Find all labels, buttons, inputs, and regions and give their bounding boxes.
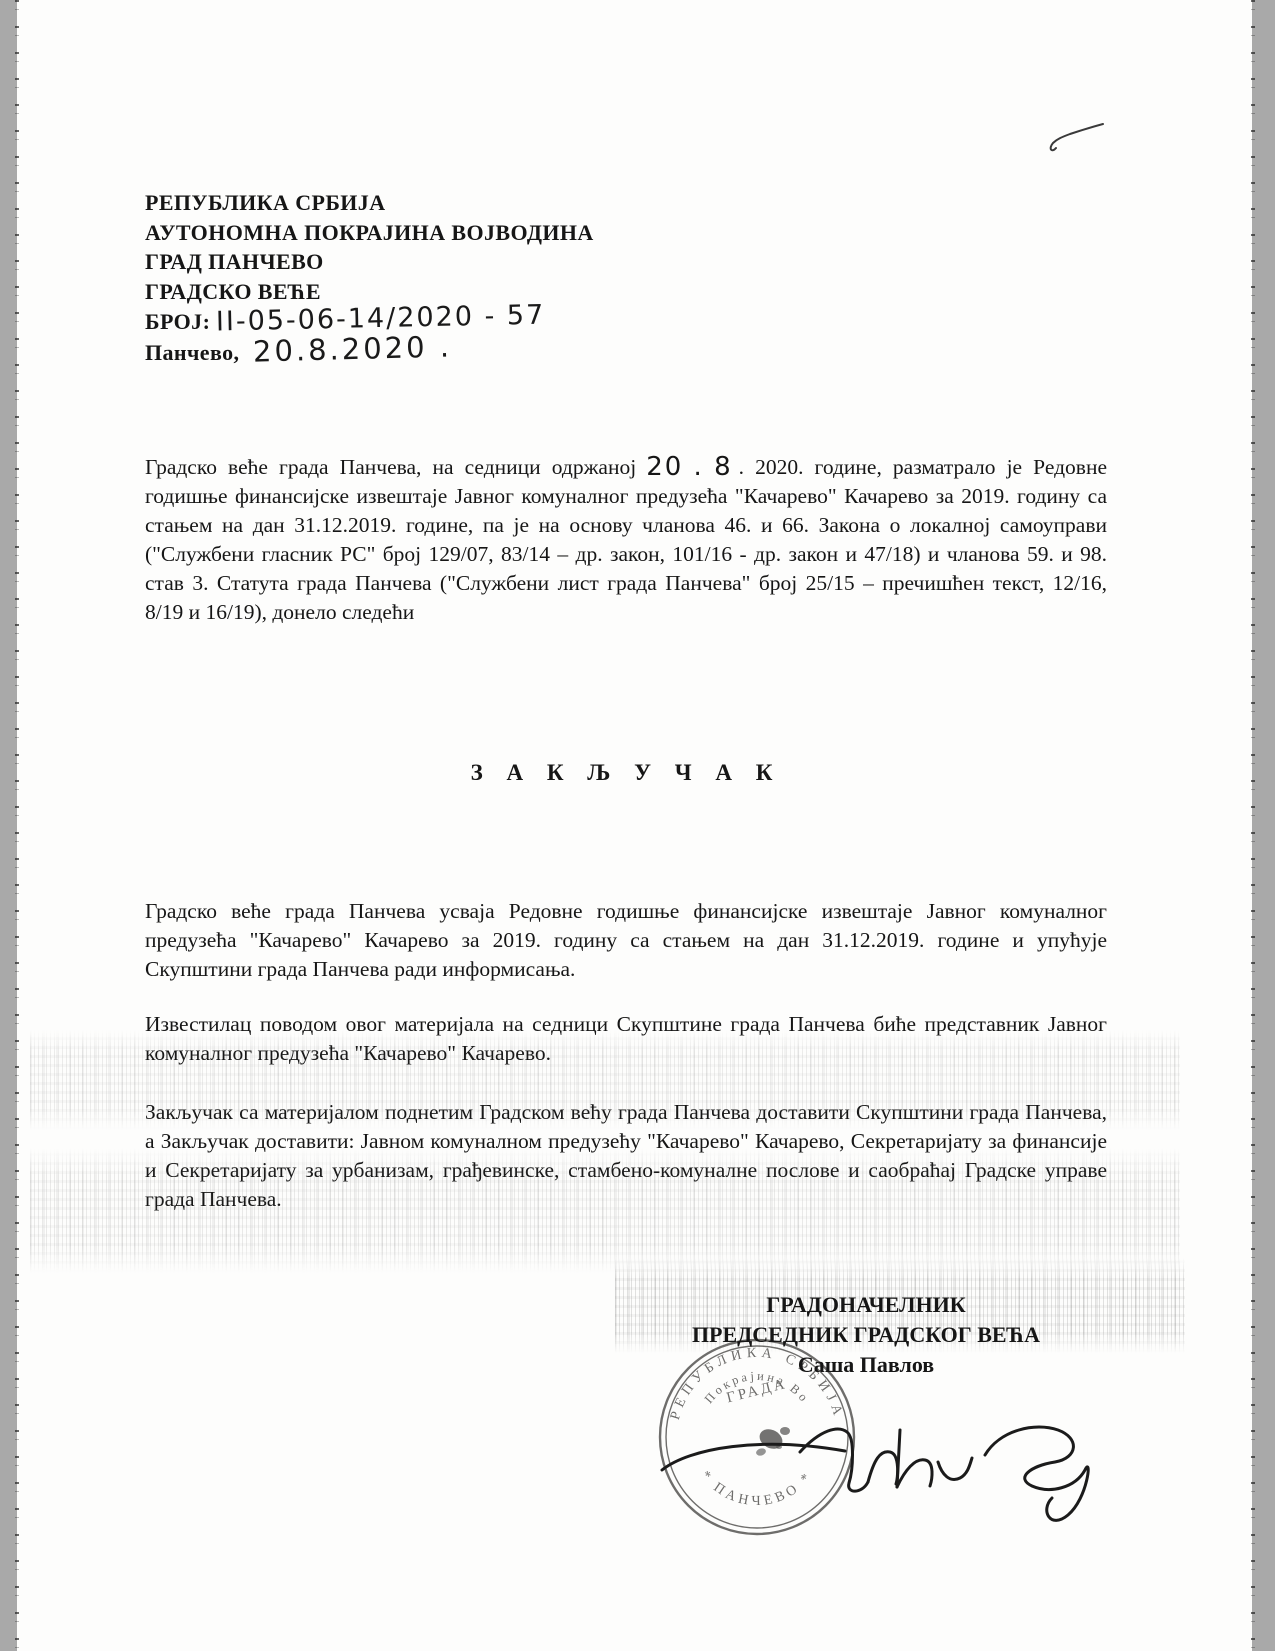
paragraph-decision: Градско веће града Панчева усваја Редовн… <box>145 897 1107 984</box>
scan-edge-band-right <box>1252 0 1275 1651</box>
scan-speckle-right <box>1251 0 1255 1651</box>
document-title: З А К Љ У Ч А К <box>145 760 1107 786</box>
signatory-title-mayor: ГРАДОНАЧЕЛНИК <box>640 1290 1092 1320</box>
document-number-line: БРОЈ:II-05-06-14/2020 - 57 <box>145 306 845 336</box>
pen-checkmark <box>1040 118 1115 163</box>
place-label: Панчево, <box>145 340 239 365</box>
paragraph-preamble-start: Градско веће града Панчева, на седници о… <box>145 455 636 479</box>
handwritten-signature <box>640 1390 1110 1550</box>
scanned-document-page: РЕПУБЛИКА СРБИЈА АУТОНОМНА ПОКРАЈИНА ВОЈ… <box>0 0 1275 1651</box>
letterhead-city: ГРАД ПАНЧЕВО <box>145 247 845 277</box>
letterhead-republic: РЕПУБЛИКА СРБИЈА <box>145 188 845 218</box>
document-number-label: БРОЈ: <box>145 309 210 334</box>
signatory-name: Саша Павлов <box>640 1350 1092 1380</box>
paragraph-preamble: Градско веће града Панчева, на седници о… <box>145 452 1107 627</box>
paragraph-preamble-rest: . 2020. године, разматрало је Редовне го… <box>145 455 1107 624</box>
letterhead: РЕПУБЛИКА СРБИЈА АУТОНОМНА ПОКРАЈИНА ВОЈ… <box>145 188 845 365</box>
session-date-handwritten: 20 . 8 <box>646 453 732 482</box>
paragraph-rapporteur: Известилац поводом овог материјала на се… <box>145 1010 1107 1068</box>
paragraph-distribution: Закључак са материјалом поднетим Градско… <box>145 1098 1107 1214</box>
signatory-title-council-president: ПРЕДСЕДНИК ГРАДСКОГ ВЕЋА <box>640 1320 1092 1350</box>
date-handwritten: 20.8.2020 . <box>253 332 453 367</box>
signature-block: ГРАДОНАЧЕЛНИК ПРЕДСЕДНИК ГРАДСКОГ ВЕЋА С… <box>640 1290 1092 1380</box>
scan-speckle-left <box>15 0 19 1651</box>
letterhead-province: АУТОНОМНА ПОКРАЈИНА ВОЈВОДИНА <box>145 218 845 248</box>
place-date-line: Панчево,20.8.2020 . <box>145 336 845 366</box>
